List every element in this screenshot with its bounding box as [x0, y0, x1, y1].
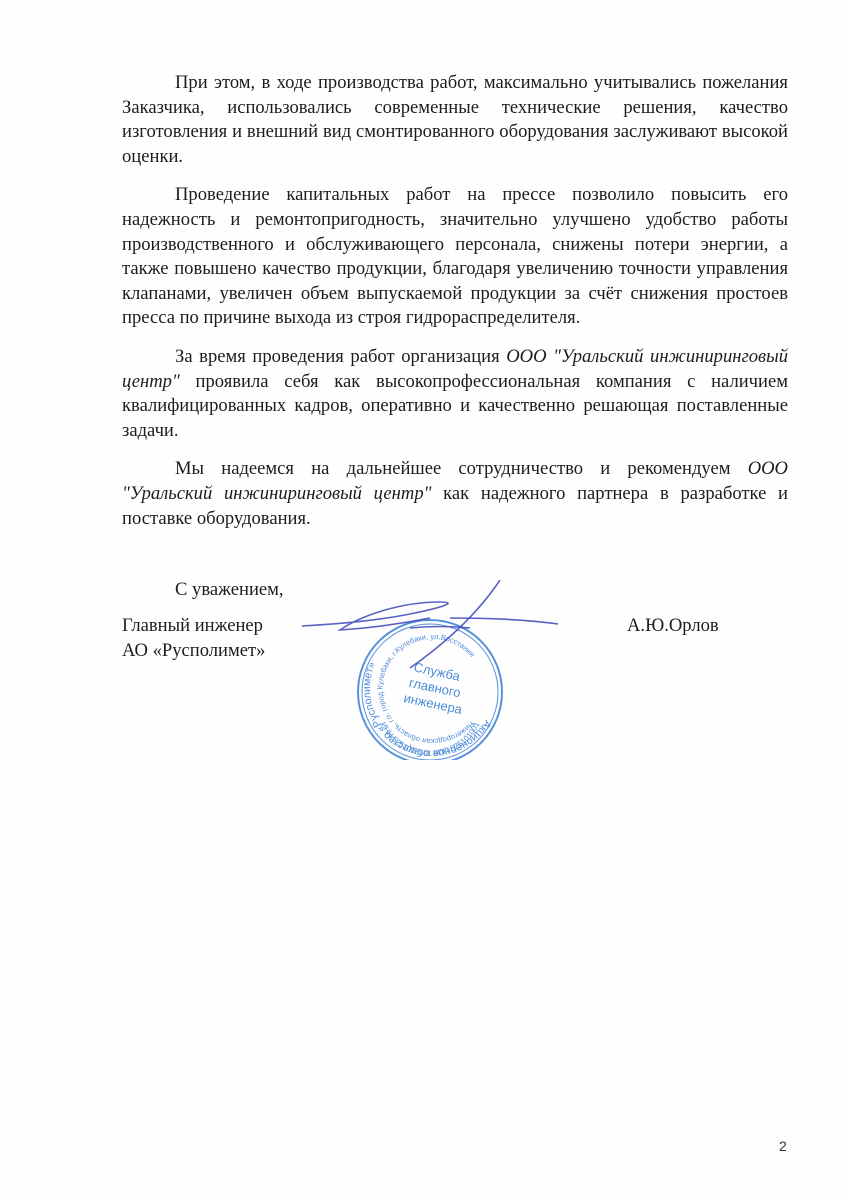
paragraph-text: проявила себя как высокопрофессиональная…: [122, 371, 788, 441]
document-page: При этом, в ходе производства работ, мак…: [0, 0, 848, 1200]
stamp-and-signature: Акционерное общество «Русполимет» Нижего…: [300, 580, 560, 760]
paragraph-4: Мы надеемся на дальнейшее сотрудничество…: [122, 457, 788, 531]
paragraph-text: За время проведения работ организация: [175, 346, 506, 367]
signer-position: Главный инженер: [122, 614, 265, 639]
paragraph-text: Мы надеемся на дальнейшее сотрудничество…: [175, 458, 748, 479]
signer-name: А.Ю.Орлов: [627, 614, 719, 639]
signer-organization: АО «Русполимет»: [122, 639, 265, 664]
paragraph-1: При этом, в ходе производства работ, мак…: [122, 71, 788, 169]
paragraph-text: Проведение капитальных работ на прессе п…: [122, 184, 788, 328]
paragraph-2: Проведение капитальных работ на прессе п…: [122, 183, 788, 331]
signer-block: Главный инженер АО «Русполимет»: [122, 614, 265, 663]
page-number: 2: [779, 1138, 787, 1154]
letter-body: При этом, в ходе производства работ, мак…: [122, 71, 788, 545]
closing-salutation: С уважением,: [175, 578, 284, 602]
paragraph-3: За время проведения работ организация ОО…: [122, 345, 788, 443]
paragraph-text: При этом, в ходе производства работ, мак…: [122, 72, 788, 167]
